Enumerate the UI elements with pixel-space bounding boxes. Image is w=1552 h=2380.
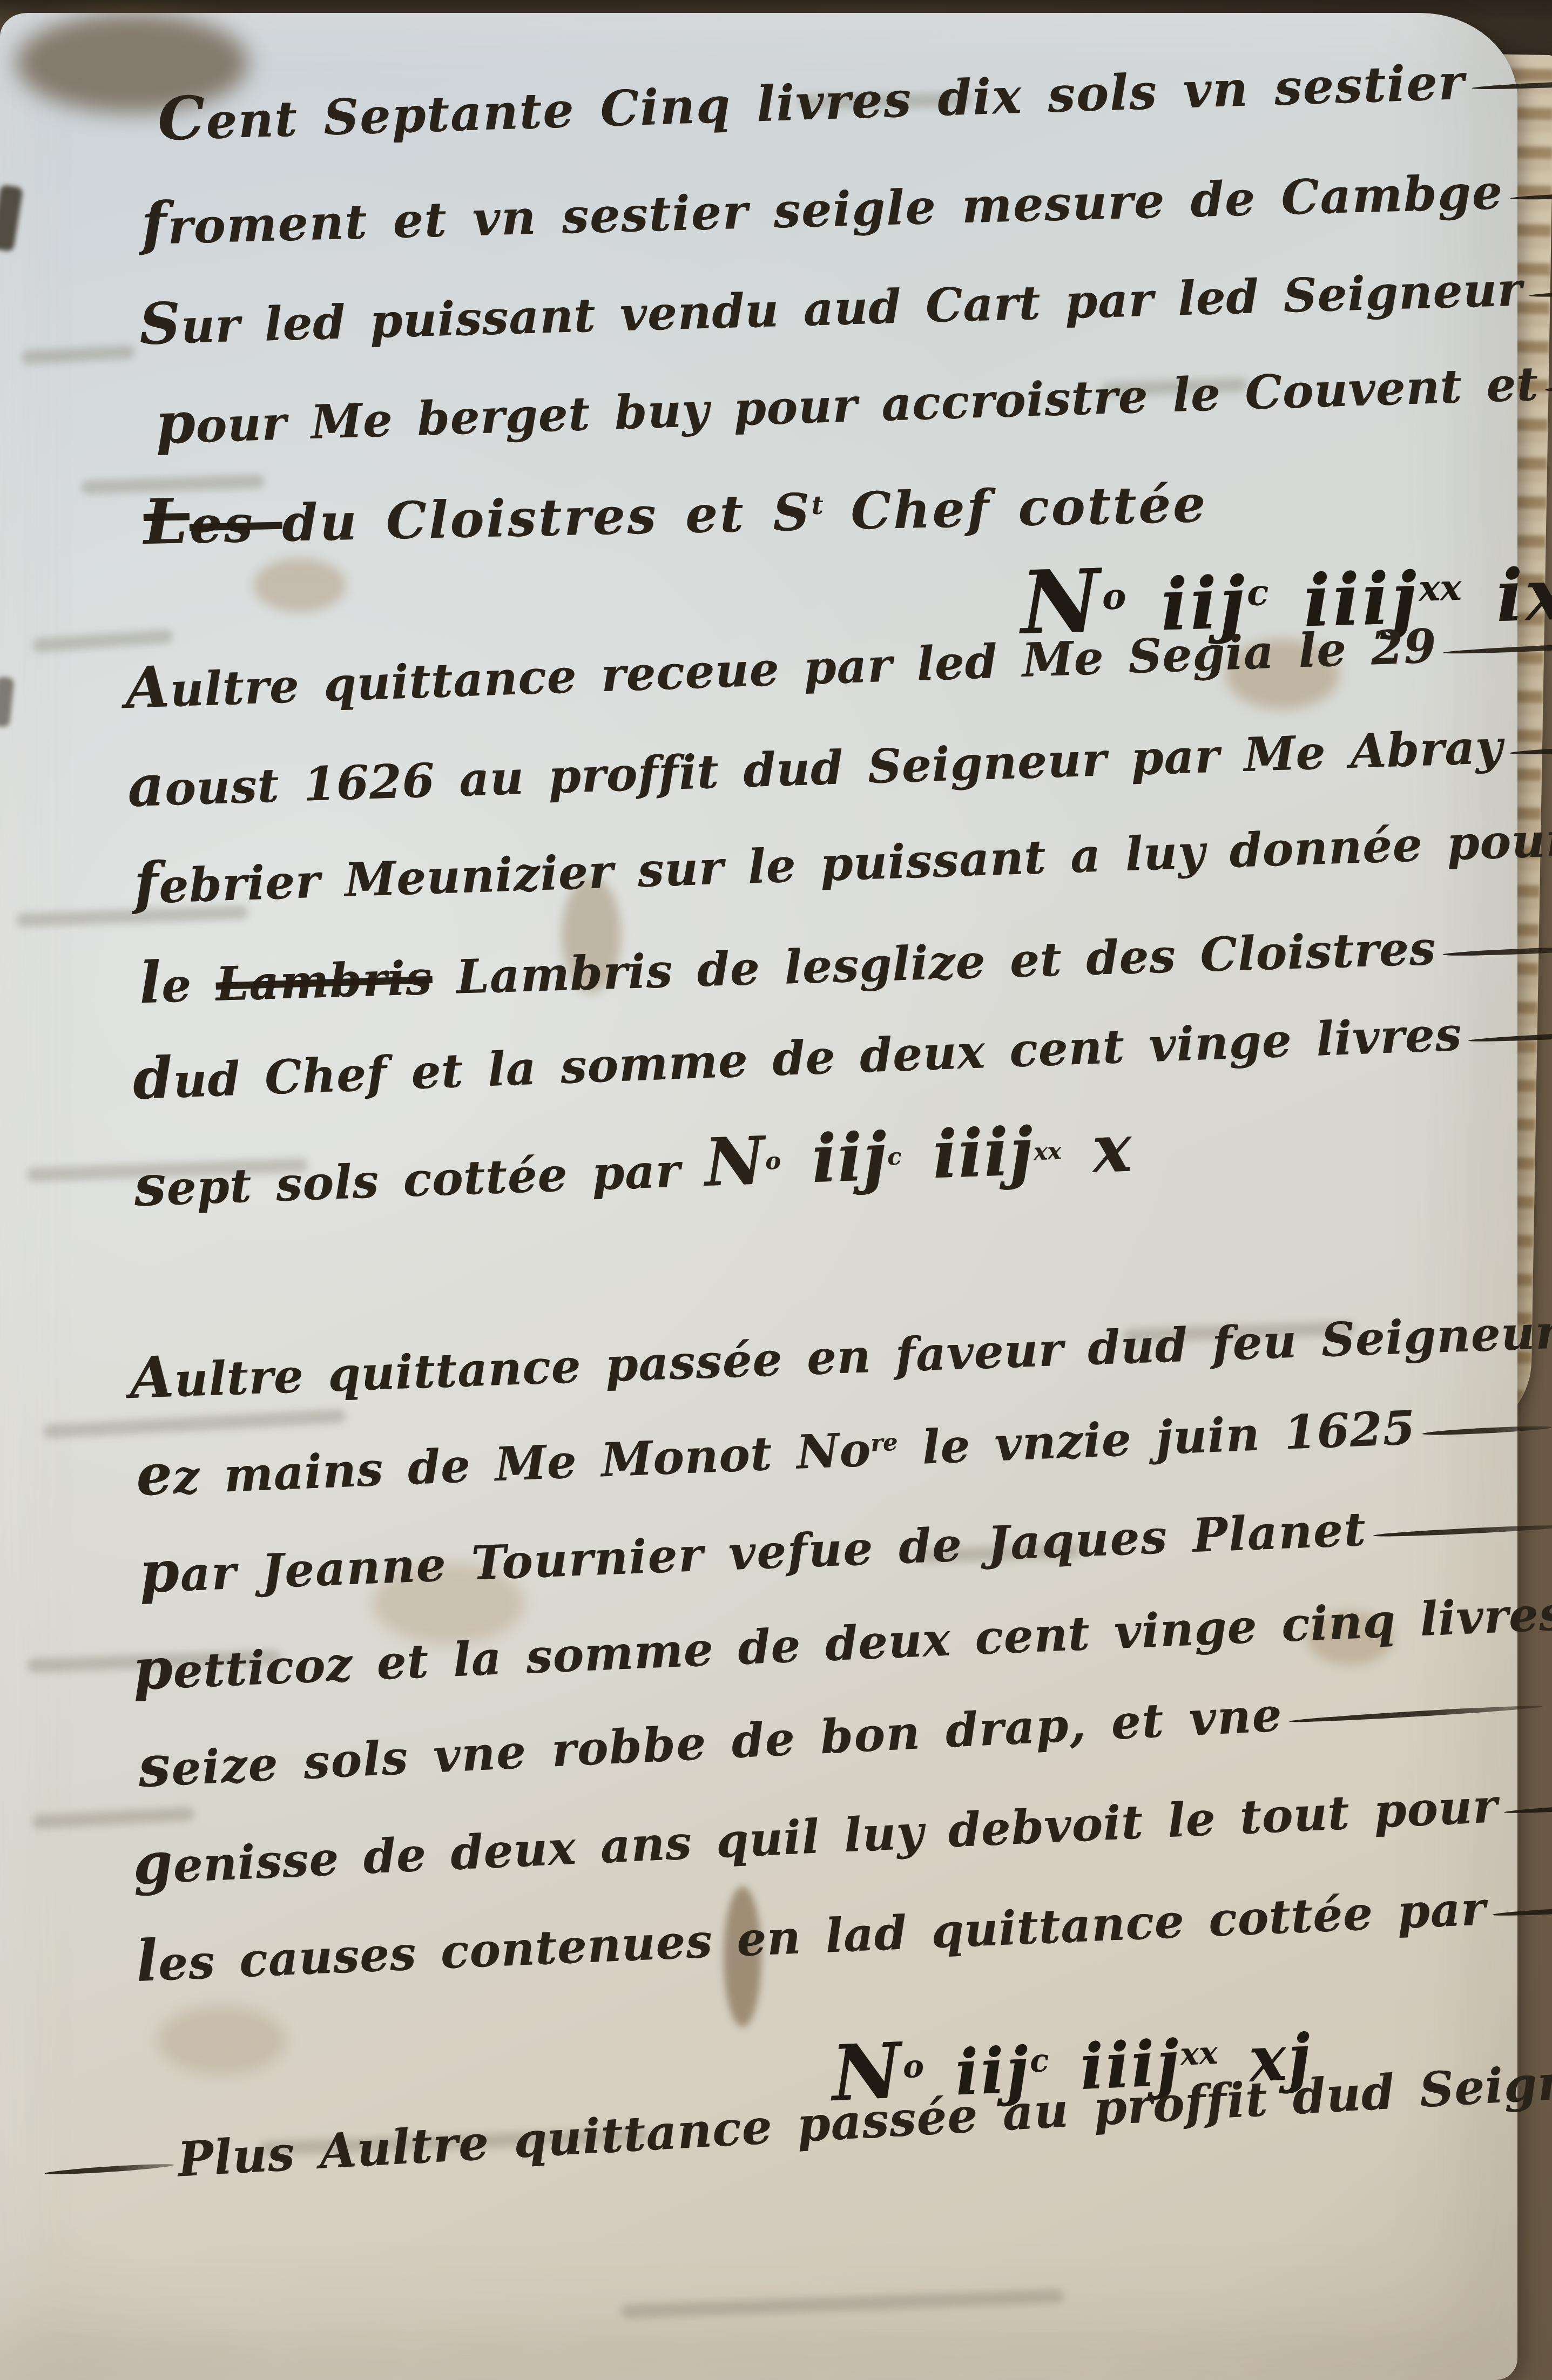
line-filler-dash: [1468, 1027, 1552, 1043]
line-filler-dash: [1289, 1703, 1543, 1724]
line-text: iiij: [900, 1112, 1035, 1194]
manuscript-line: Aultre quittance receue par led Me Segia…: [124, 600, 1552, 721]
line-filler-dash: [1373, 1523, 1552, 1538]
manuscript-lines: Cent Septante Cinq livres dix sols vn se…: [0, 0, 1552, 2380]
line-text: ez mains de Me Monot No: [135, 1422, 872, 1506]
line-filler-dash: [1504, 1798, 1552, 1815]
line-text: Aultre quittance receue par led Me Segia…: [124, 619, 1437, 719]
line-filler-dash: [1545, 383, 1552, 392]
manuscript-line: Cent Septante Cinq livres dix sols vn se…: [157, 37, 1552, 154]
line-filler-dash: [1442, 945, 1552, 957]
line-text: xx: [1418, 566, 1462, 610]
line-filler-dash: [1510, 189, 1552, 201]
line-text: Chef cottée: [822, 475, 1207, 542]
manuscript-line: pour Me berget buy pour accroistre le Co…: [154, 343, 1552, 457]
line-text: seize sols vne robbe de bon drap, et vne: [137, 1687, 1284, 1797]
line-text: pour Me berget buy pour accroistre le Co…: [155, 357, 1540, 455]
line-filler-dash: [1472, 78, 1552, 91]
manuscript-line: Plus Aultre quittance passée au proffit …: [36, 2043, 1552, 2195]
line-text: sept sols cottée par: [133, 1142, 706, 1217]
line-text: t: [811, 491, 824, 520]
line-text: xx: [1033, 1138, 1062, 1166]
line-text: x: [1060, 1108, 1133, 1188]
manuscript-photo: Cent Septante Cinq livres dix sols vn se…: [0, 0, 1552, 2380]
line-text: o: [765, 1148, 781, 1175]
line-text: froment et vn sestier seigle mesure de C…: [141, 164, 1504, 255]
manuscript-line: froment et vn sestier seigle mesure de C…: [140, 150, 1552, 258]
line-text: le: [139, 957, 217, 1014]
line-text: les causes contenues en lad quittance co…: [135, 1881, 1487, 1992]
line-filler-dash: [1443, 639, 1552, 655]
line-text: Sur led puissant vendu aud Cart par led …: [139, 262, 1523, 355]
manuscript-line: febrier Meunizier sur le puissant a luy …: [133, 795, 1552, 917]
line-text: c: [1029, 2042, 1049, 2080]
manuscript-line: Sur led puissant vendu aud Cart par led …: [138, 247, 1552, 357]
line-filler-dash: [1422, 1424, 1551, 1436]
line-text: genisse de deux ans quil luy debvoit le …: [132, 1779, 1499, 1895]
line-text: Lambris de lesglize et des Cloistres: [431, 921, 1437, 1005]
line-text: Lambris: [215, 951, 433, 1012]
line-filler-dash: [1493, 1903, 1552, 1917]
line-text: par Jeanne Tournier vefue de Jaques Plan…: [138, 1502, 1367, 1604]
line-filler-dash: [1509, 745, 1552, 756]
line-text: c: [887, 1144, 902, 1171]
line-text: c: [1246, 571, 1269, 614]
line-text: N: [703, 1121, 767, 1201]
line-text: aoust 1626 au proffit dud Seigneur par M…: [127, 720, 1504, 817]
line-text: Cent Septante Cinq livres dix sols vn se…: [157, 53, 1466, 152]
line-filler-dash: [1529, 287, 1552, 298]
manuscript-line: le Lambris Lambris de lesglize et des Cl…: [138, 905, 1552, 1016]
line-text: du Cloistres et S: [281, 483, 812, 553]
line-text: iij: [779, 1117, 888, 1199]
line-text: dud Chef et la somme de deux cent vinge …: [132, 1007, 1462, 1110]
line-text: Les: [143, 494, 282, 556]
manuscript-line: sept sols cottée par No iijc iiijxx x: [132, 1108, 1133, 1221]
line-text: o: [902, 2047, 925, 2085]
line-text: febrier Meunizier sur le puissant a luy …: [133, 810, 1552, 915]
manuscript-line: Les du Cloistres et St Chef cottée: [143, 464, 1208, 559]
line-text: re: [870, 1429, 898, 1457]
line-filler-dash: [45, 2162, 174, 2176]
line-text: le vnzie juin 1625: [897, 1401, 1416, 1476]
manuscript-line: aoust 1626 au proffit dud Seigneur par M…: [126, 705, 1552, 820]
line-text: o: [1102, 575, 1126, 618]
line-text: xx: [1179, 2034, 1218, 2073]
